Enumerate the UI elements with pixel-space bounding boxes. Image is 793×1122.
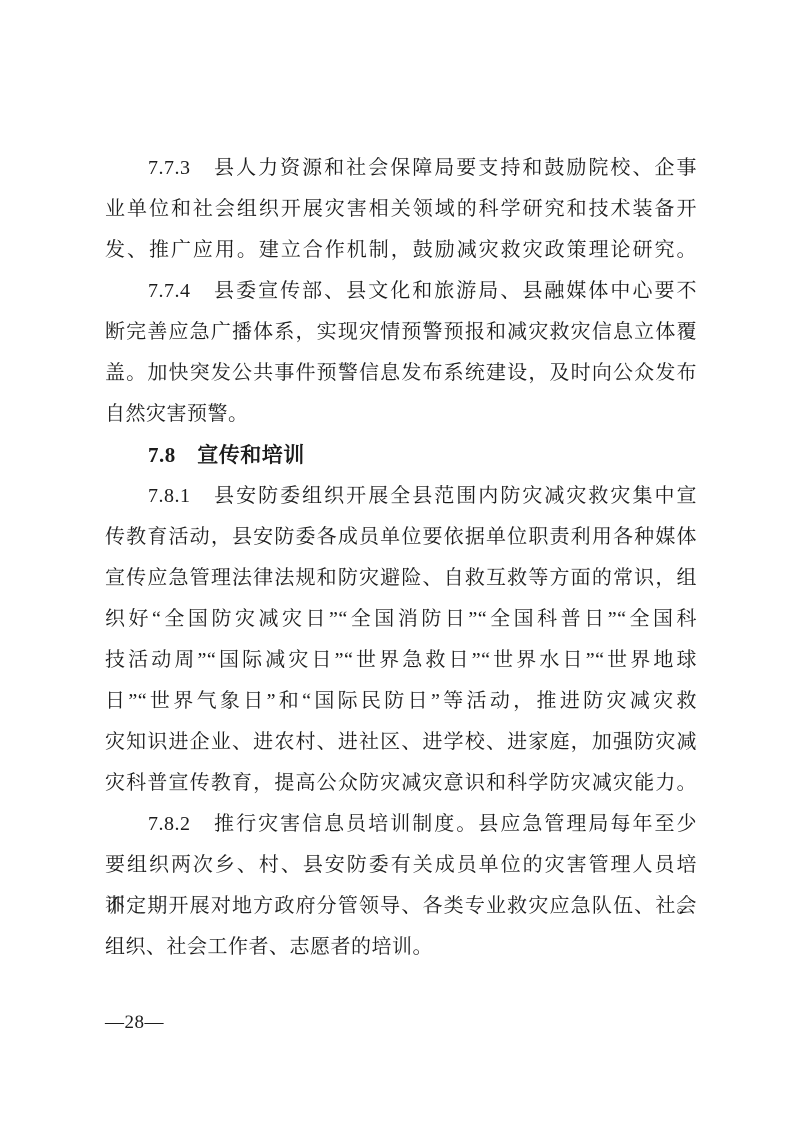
text-line: 不定期开展对地方政府分管领导、各类专业救灾应急队伍、社会: [105, 886, 697, 927]
text-line: 灾科普宣传教育，提高公众防灾减灾意识和科学防灾减灾能力。: [105, 763, 697, 804]
text-line: 组织、社会工作者、志愿者的培训。: [105, 927, 697, 968]
document-page: 7.7.3 县人力资源和社会保障局要支持和鼓励院校、企事 业单位和社会组织开展灾…: [0, 0, 793, 1122]
text-line: 自然灾害预警。: [105, 394, 697, 435]
text-line: 宣传应急管理法律法规和防灾避险、自救互救等方面的常识，组: [105, 558, 697, 599]
paragraph-7-7-3: 7.7.3 县人力资源和社会保障局要支持和鼓励院校、企事 业单位和社会组织开展灾…: [105, 148, 697, 271]
text-line: 业单位和社会组织开展灾害相关领域的科学研究和技术装备开: [105, 189, 697, 230]
text-line: 要组织两次乡、村、县安防委有关成员单位的灾害管理人员培训。: [105, 845, 697, 886]
text-line: 断完善应急广播体系，实现灾情预警预报和减灾救灾信息立体覆: [105, 312, 697, 353]
text-line: 技活动周”“国际减灾日”“世界急救日”“世界水日”“世界地球: [105, 640, 697, 681]
text-line: 灾知识进企业、进农村、进社区、进学校、进家庭，加强防灾减: [105, 722, 697, 763]
text-line: 日”“世界气象日”和“国际民防日”等活动，推进防灾减灾救: [105, 681, 697, 722]
page-number: —28—: [105, 1012, 164, 1033]
text-line: 7.7.4 县委宣传部、县文化和旅游局、县融媒体中心要不: [105, 271, 697, 312]
section-heading-7-8: 7.8 宣传和培训: [105, 435, 697, 476]
text-line: 盖。加快突发公共事件预警信息发布系统建设，及时向公众发布: [105, 353, 697, 394]
text-line: 7.7.3 县人力资源和社会保障局要支持和鼓励院校、企事: [105, 148, 697, 189]
text-line: 织好“全国防灾减灾日”“全国消防日”“全国科普日”“全国科: [105, 599, 697, 640]
paragraph-7-7-4: 7.7.4 县委宣传部、县文化和旅游局、县融媒体中心要不 断完善应急广播体系，实…: [105, 271, 697, 435]
text-line: 7.8.1 县安防委组织开展全县范围内防灾减灾救灾集中宣: [105, 476, 697, 517]
text-line: 传教育活动，县安防委各成员单位要依据单位职责利用各种媒体: [105, 517, 697, 558]
page-footer: —28—: [105, 1008, 164, 1038]
paragraph-7-8-2: 7.8.2 推行灾害信息员培训制度。县应急管理局每年至少 要组织两次乡、村、县安…: [105, 804, 697, 968]
paragraph-7-8-1: 7.8.1 县安防委组织开展全县范围内防灾减灾救灾集中宣 传教育活动，县安防委各…: [105, 476, 697, 804]
document-body: 7.7.3 县人力资源和社会保障局要支持和鼓励院校、企事 业单位和社会组织开展灾…: [105, 148, 697, 968]
text-line: 发、推广应用。建立合作机制，鼓励减灾救灾政策理论研究。: [105, 230, 697, 271]
text-line: 7.8.2 推行灾害信息员培训制度。县应急管理局每年至少: [105, 804, 697, 845]
